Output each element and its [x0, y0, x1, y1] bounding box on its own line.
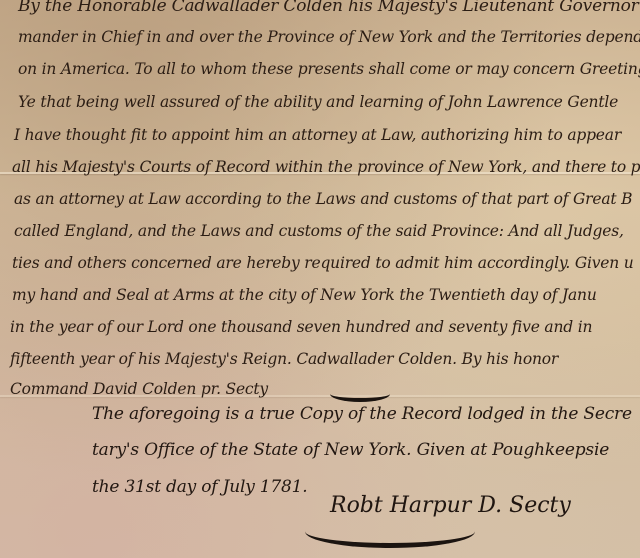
commission-line-11: in the year of our Lord one thousand sev… [10, 318, 592, 336]
commission-line-7: as an attorney at Law according to the L… [14, 190, 632, 208]
signature-flourish [305, 515, 475, 548]
commission-line-9: ties and others concerned are hereby req… [12, 254, 634, 272]
commission-line-1: By the Honorable Cadwallader Colden his … [18, 0, 640, 16]
attestation-line-3: the 31st day of July 1781. [92, 477, 307, 497]
commission-line-10: my hand and Seal at Arms at the city of … [12, 286, 597, 304]
commission-line-8: called England, and the Laws and customs… [14, 222, 624, 240]
commission-line-12: fifteenth year of his Majesty's Reign. C… [10, 350, 558, 368]
signature: Robt Harpur D. Secty [330, 493, 571, 518]
commission-line-5: I have thought fit to appoint him an att… [14, 126, 621, 144]
commission-line-13: Command David Colden pr. Secty [10, 380, 268, 398]
commission-line-2: mander in Chief in and over the Province… [18, 28, 640, 46]
ink-flourish [330, 386, 390, 402]
document-paper [0, 0, 640, 558]
commission-line-3: on in America. To all to whom these pres… [18, 60, 640, 78]
attestation-line-1: The aforegoing is a true Copy of the Rec… [92, 404, 632, 424]
commission-line-6: all his Majesty's Courts of Record withi… [12, 158, 640, 176]
commission-line-4: Ye that being well assured of the abilit… [18, 93, 618, 111]
attestation-line-2: tary's Office of the State of New York. … [92, 440, 609, 460]
